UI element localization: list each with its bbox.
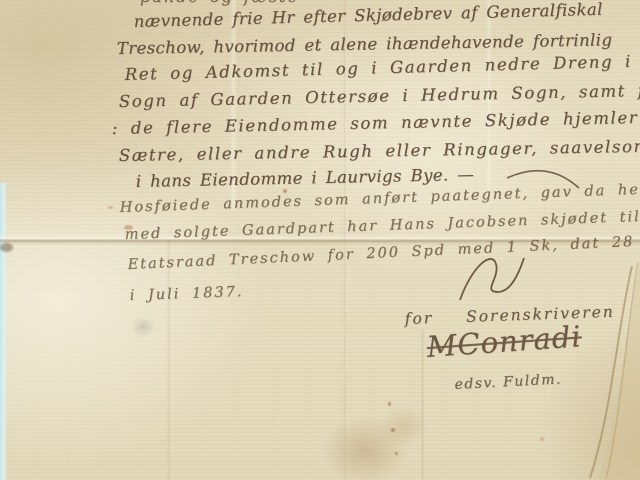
scanner-edge-strip bbox=[0, 183, 7, 480]
vertical-fold-crease bbox=[421, 330, 424, 480]
handwritten-line-clipped: pande og fæste bbox=[140, 0, 299, 6]
foxing-spot bbox=[108, 206, 113, 209]
annotation-dateline: i Juli 1837. bbox=[129, 284, 243, 304]
curled-corner-shadow bbox=[520, 260, 640, 480]
paraph-flourish bbox=[452, 248, 532, 308]
handwritten-line: i hans Eiendomme i Laurvigs Bye. — bbox=[136, 165, 475, 191]
vertical-fold-crease bbox=[167, 240, 170, 480]
foxing-spot bbox=[283, 189, 287, 193]
handwritten-line: : de flere Eiendomme som nævnte Skjøde h… bbox=[112, 106, 640, 138]
fold-edge-shadow bbox=[0, 243, 13, 252]
foxing-spot bbox=[391, 428, 395, 432]
foxing-spot bbox=[388, 402, 391, 406]
handwritten-line: Sætre, eller andre Rugh eller Ringager, … bbox=[119, 137, 640, 165]
manuscript-scan: pande og fæste nævnende frie Hr efter Sk… bbox=[0, 0, 640, 480]
foxing-spot bbox=[395, 452, 398, 455]
handwritten-line: Sogn af Gaarden Ottersøe i Hedrum Sogn, … bbox=[119, 80, 640, 111]
